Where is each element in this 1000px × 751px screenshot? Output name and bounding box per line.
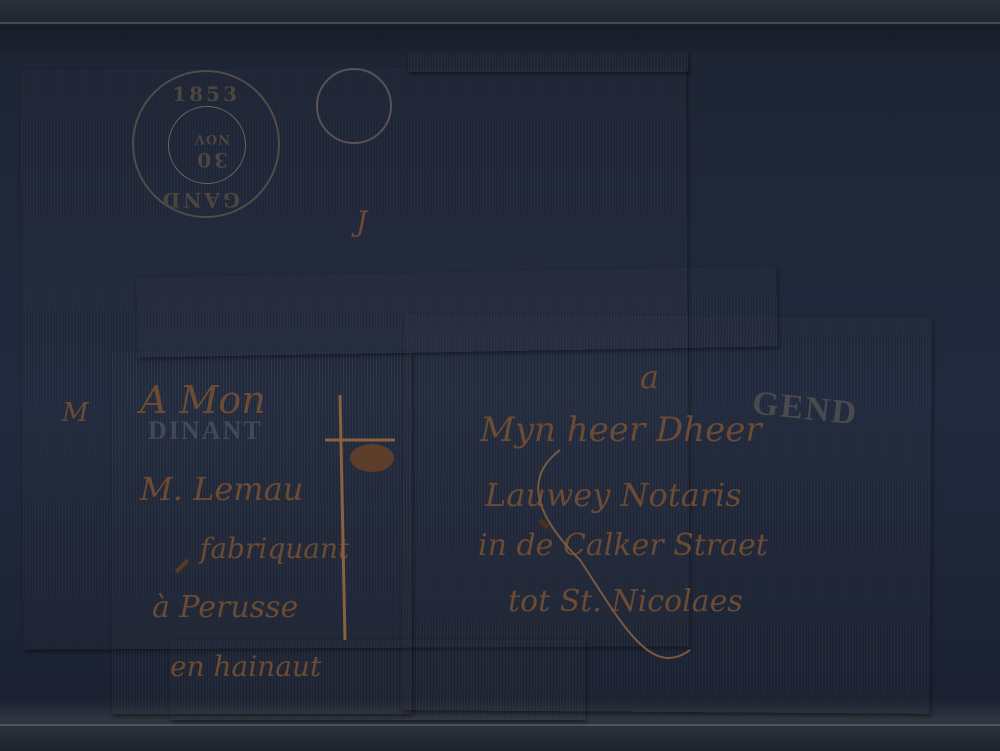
gend-rate-mark <box>0 0 1000 751</box>
album-page-background: GAND 30 NOV 1853 J DINANT A Mon M. Lemau… <box>0 0 1000 751</box>
back-letter-partial-script: M <box>62 398 89 428</box>
